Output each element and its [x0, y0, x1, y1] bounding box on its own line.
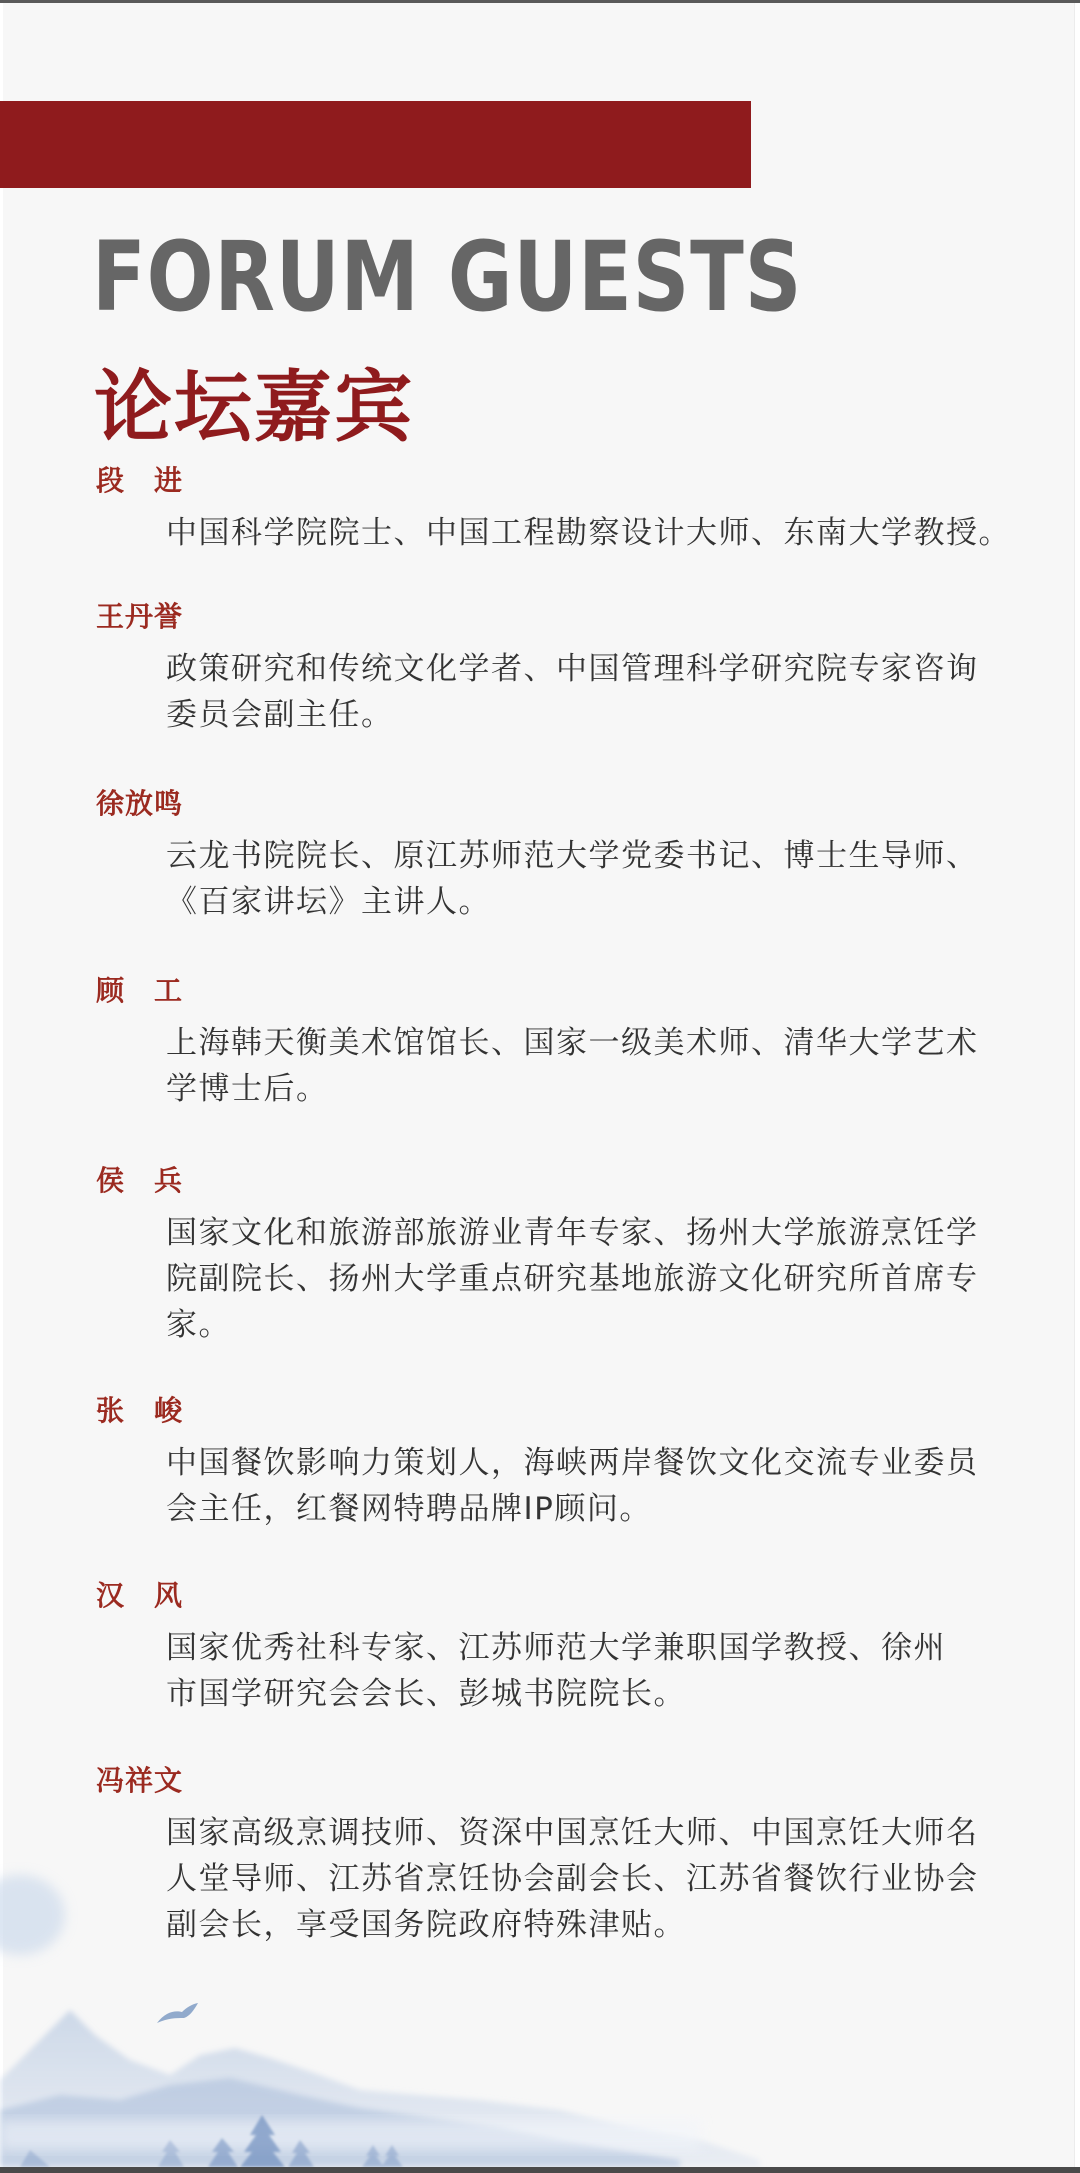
guest-description: 政策研究和传统文化学者、中国管理科学研究院专家咨询 委员会副主任。: [166, 646, 1026, 738]
guest-description: 中国餐饮影响力策划人，海峡两岸餐饮文化交流专业委员 会主任，红餐网特聘品牌IP顾…: [166, 1440, 1026, 1532]
page-title-english: FORUM GUESTS: [92, 222, 802, 332]
guest-name: 段 进: [96, 465, 1026, 497]
guest-entry: 徐放鸣 云龙书院院长、原江苏师范大学党委书记、博士生导师、 《百家讲坛》主讲人。: [96, 788, 1026, 925]
description-line: 《百家讲坛》主讲人。: [166, 879, 1026, 925]
page-title-chinese: 论坛嘉宾: [94, 360, 414, 456]
left-page-edge: [0, 3, 3, 2167]
bottom-border: [0, 2167, 1080, 2173]
guest-description: 中国科学院院士、中国工程勘察设计大师、东南大学教授。: [166, 510, 1026, 556]
description-line: 云龙书院院长、原江苏师范大学党委书记、博士生导师、: [166, 833, 1026, 879]
guest-name: 张 峻: [96, 1395, 1026, 1427]
guest-entry: 王丹誉 政策研究和传统文化学者、中国管理科学研究院专家咨询 委员会副主任。: [96, 601, 1026, 738]
guest-name: 徐放鸣: [96, 788, 1026, 820]
description-line: 上海韩天衡美术馆馆长、国家一级美术师、清华大学艺术: [166, 1020, 1026, 1066]
description-line: 国家文化和旅游部旅游业青年专家、扬州大学旅游烹饪学: [166, 1210, 1026, 1256]
description-line: 委员会副主任。: [166, 692, 1026, 738]
guest-description: 上海韩天衡美术馆馆长、国家一级美术师、清华大学艺术 学博士后。: [166, 1020, 1026, 1112]
ink-mountain-landscape-icon: [0, 1860, 1080, 2167]
guest-entry: 段 进 中国科学院院士、中国工程勘察设计大师、东南大学教授。: [96, 465, 1026, 556]
guest-entry: 顾 工 上海韩天衡美术馆馆长、国家一级美术师、清华大学艺术 学博士后。: [96, 975, 1026, 1112]
guest-description: 云龙书院院长、原江苏师范大学党委书记、博士生导师、 《百家讲坛》主讲人。: [166, 833, 1026, 925]
red-accent-bar: [0, 101, 751, 188]
cloud-icon: [0, 1875, 65, 1955]
description-line: 市国学研究会会长、彭城书院院长。: [166, 1671, 1026, 1717]
guest-name: 侯 兵: [96, 1165, 1026, 1197]
bird-icon: [157, 2003, 198, 2023]
description-line: 国家高级烹调技师、资深中国烹饪大师、中国烹饪大师名: [166, 1810, 1026, 1856]
description-line: 国家优秀社科专家、江苏师范大学兼职国学教授、徐州: [166, 1625, 1026, 1671]
guest-entry: 侯 兵 国家文化和旅游部旅游业青年专家、扬州大学旅游烹饪学 院副院长、扬州大学重…: [96, 1165, 1026, 1348]
guest-name: 汉 风: [96, 1580, 1026, 1612]
guest-name: 冯祥文: [96, 1765, 1026, 1797]
description-line: 中国餐饮影响力策划人，海峡两岸餐饮文化交流专业委员: [166, 1440, 1026, 1486]
description-line: 学博士后。: [166, 1066, 1026, 1112]
top-border: [0, 0, 1080, 3]
description-line: 中国科学院院士、中国工程勘察设计大师、东南大学教授。: [166, 510, 1026, 556]
guest-name: 王丹誉: [96, 601, 1026, 633]
description-line: 院副院长、扬州大学重点研究基地旅游文化研究所首席专: [166, 1256, 1026, 1302]
guest-description: 国家优秀社科专家、江苏师范大学兼职国学教授、徐州 市国学研究会会长、彭城书院院长…: [166, 1625, 1026, 1717]
guest-description: 国家文化和旅游部旅游业青年专家、扬州大学旅游烹饪学 院副院长、扬州大学重点研究基…: [166, 1210, 1026, 1348]
guest-entry: 汉 风 国家优秀社科专家、江苏师范大学兼职国学教授、徐州 市国学研究会会长、彭城…: [96, 1580, 1026, 1717]
right-page-edge: [1074, 3, 1080, 2167]
guest-name: 顾 工: [96, 975, 1026, 1007]
guest-entry: 张 峻 中国餐饮影响力策划人，海峡两岸餐饮文化交流专业委员 会主任，红餐网特聘品…: [96, 1395, 1026, 1532]
description-line: 家。: [166, 1302, 1026, 1348]
description-line: 会主任，红餐网特聘品牌IP顾问。: [166, 1486, 1026, 1532]
description-line: 政策研究和传统文化学者、中国管理科学研究院专家咨询: [166, 646, 1026, 692]
